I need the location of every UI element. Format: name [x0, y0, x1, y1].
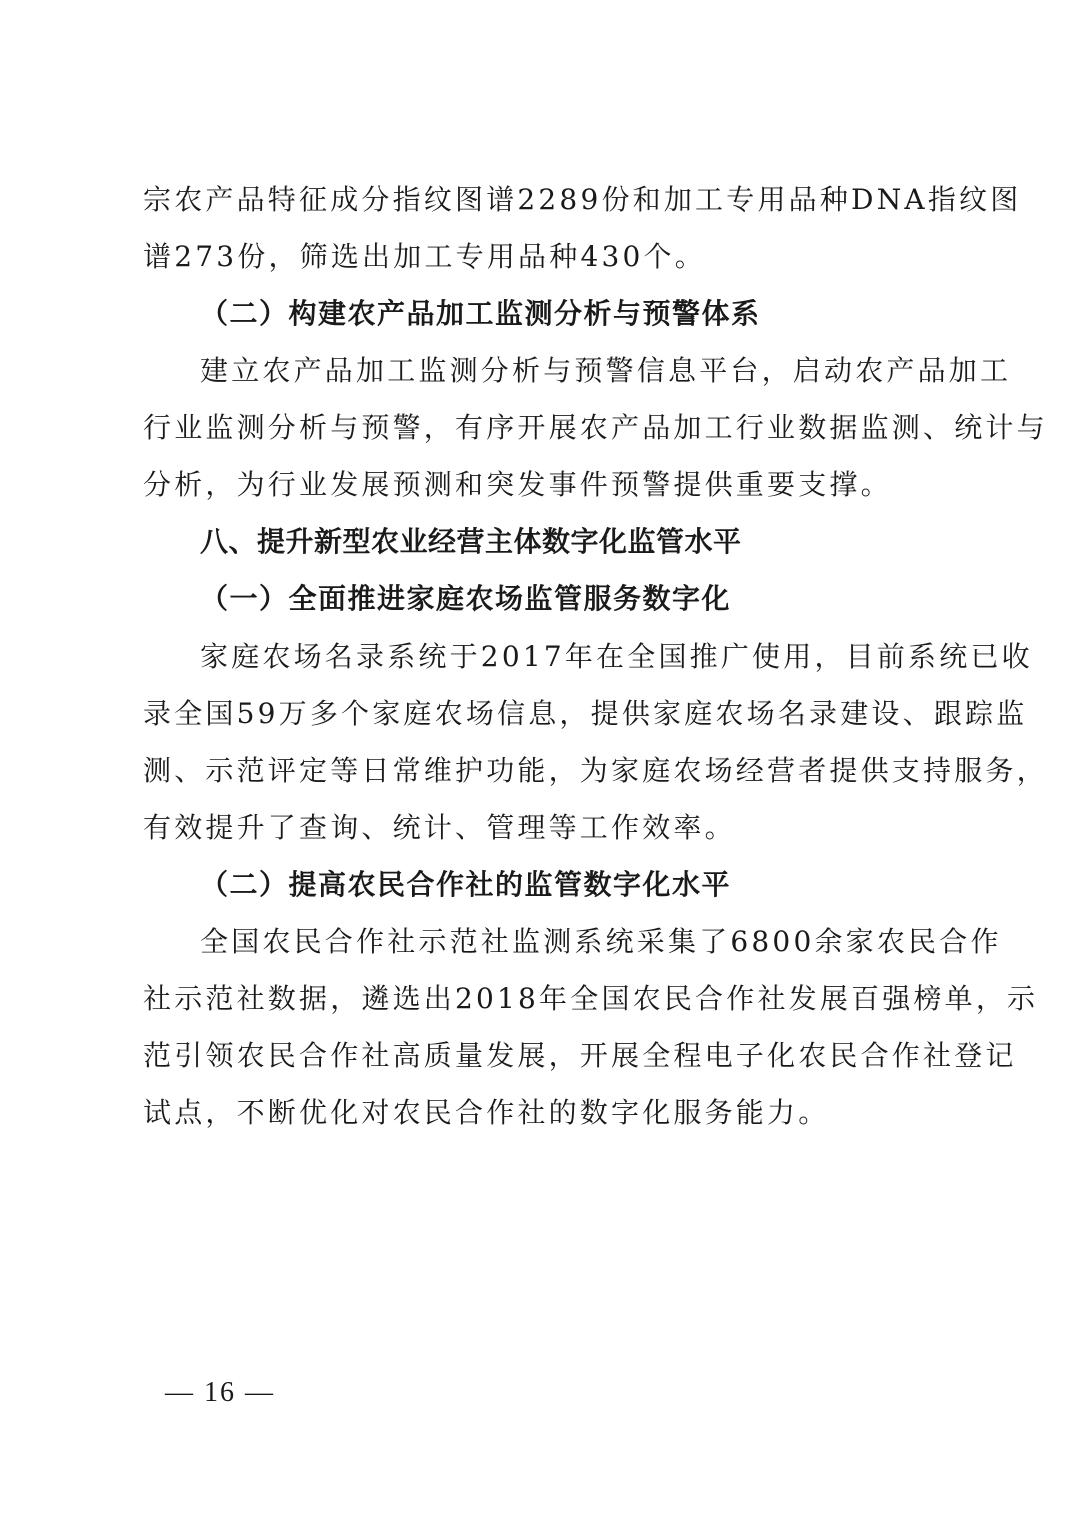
body-line: 范引领农民合作社高质量发展，开展全程电子化农民合作社登记: [143, 1036, 940, 1076]
body-line: 行业监测分析与预警，有序开展农产品加工行业数据监测、统计与: [143, 408, 940, 448]
document-page: 宗农产品特征成分指纹图谱2289份和加工专用品种DNA指纹图 谱273份，筛选出…: [0, 0, 1080, 1527]
subheading-1-family-farm: （一）全面推进家庭农场监管服务数字化: [200, 579, 731, 619]
body-line: 分析，为行业发展预测和突发事件预警提供重要支撑。: [143, 465, 940, 505]
body-line: 录全国59万多个家庭农场信息，提供家庭农场名录建设、跟踪监: [143, 694, 940, 734]
body-line: 测、示范评定等日常维护功能，为家庭农场经营者提供支持服务，: [143, 751, 940, 791]
body-line: 谱273份，筛选出加工专用品种430个。: [143, 237, 940, 277]
body-line: 全国农民合作社示范社监测系统采集了6800余家农民合作: [200, 922, 940, 962]
body-line: 家庭农场名录系统于2017年在全国推广使用，目前系统已收: [200, 637, 940, 677]
section-heading-8: 八、提升新型农业经营主体数字化监管水平: [200, 522, 742, 562]
body-line: 建立农产品加工监测分析与预警信息平台，启动农产品加工: [200, 351, 940, 391]
subheading-2-cooperative: （二）提高农民合作社的监管数字化水平: [200, 865, 731, 905]
body-line: 有效提升了查询、统计、管理等工作效率。: [143, 808, 940, 848]
subheading-2-build-monitoring-system: （二）构建农产品加工监测分析与预警体系: [200, 294, 761, 334]
page-number: — 16 —: [165, 1373, 275, 1413]
body-line: 试点，不断优化对农民合作社的数字化服务能力。: [143, 1093, 940, 1133]
body-line: 社示范社数据，遴选出2018年全国农民合作社发展百强榜单，示: [143, 979, 940, 1019]
body-line: 宗农产品特征成分指纹图谱2289份和加工专用品种DNA指纹图: [143, 180, 940, 220]
